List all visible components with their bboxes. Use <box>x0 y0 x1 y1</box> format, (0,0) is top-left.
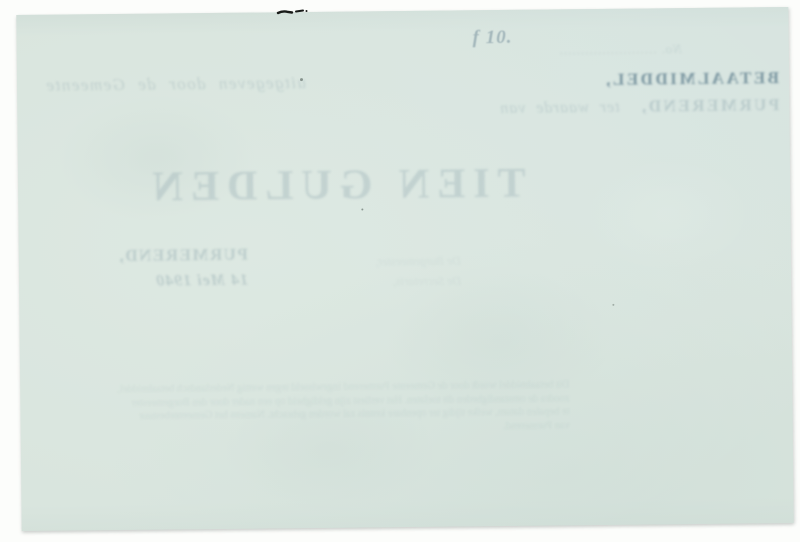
ghost-place-line: PURMEREND, <box>36 245 248 267</box>
banknote-paper: No. ....................... BETAALMIDDEL… <box>16 7 793 531</box>
ghost-title-line: BETAALMIDDEL, uitgegeven door de Gemeent… <box>45 68 779 96</box>
ghost-fine-print-paragraph: Dit betaalmiddel wordt door de Gemeente … <box>37 378 570 438</box>
value-notation: f 10. <box>472 27 512 49</box>
paper-texture <box>16 7 793 531</box>
ghost-issued-by-text: uitgegeven door de Gemeente <box>45 73 306 96</box>
paper-speck <box>612 304 614 306</box>
ghost-fine-print-line: van Purmerend. <box>38 419 570 438</box>
ghost-value-of-text: ter waarde van <box>499 99 619 118</box>
ghost-fine-print-line: te bepalen datum, welke tijdig ter openb… <box>37 405 569 424</box>
ghost-serial-number-line: No. ....................... <box>558 41 682 58</box>
ghost-place-date-block: PURMEREND, 14 Mei 1940 <box>36 245 248 292</box>
ghost-date-line: 14 Mei 1940 <box>36 272 248 292</box>
ghost-fine-print-line: Dit betaalmiddel wordt door de Gemeente … <box>37 378 569 397</box>
ghost-denomination-title: TIEN GULDEN <box>105 159 565 212</box>
ghost-purmerend-label: PURMEREND, <box>639 95 779 116</box>
ghost-signature-line-2: De Secretaris, <box>286 270 461 292</box>
ghost-municipality-line: PURMEREND, ter waarde van <box>499 95 779 118</box>
paper-speck <box>361 208 363 210</box>
ghost-fine-print-line: zoodra de omstandigheden dit toelaten. H… <box>37 392 569 411</box>
ghost-signature-line-1: De Burgemeester, <box>286 250 461 272</box>
bleed-through-layer: No. ....................... BETAALMIDDEL… <box>16 7 793 531</box>
ink-mark-icon <box>276 4 310 23</box>
scanned-banknote-reverse: No. ....................... BETAALMIDDEL… <box>0 0 800 542</box>
ghost-signature-block: De Burgemeester, De Secretaris, <box>286 250 461 292</box>
paper-speck <box>300 78 303 81</box>
ghost-betaalmiddel-label: BETAALMIDDEL, <box>604 68 779 90</box>
